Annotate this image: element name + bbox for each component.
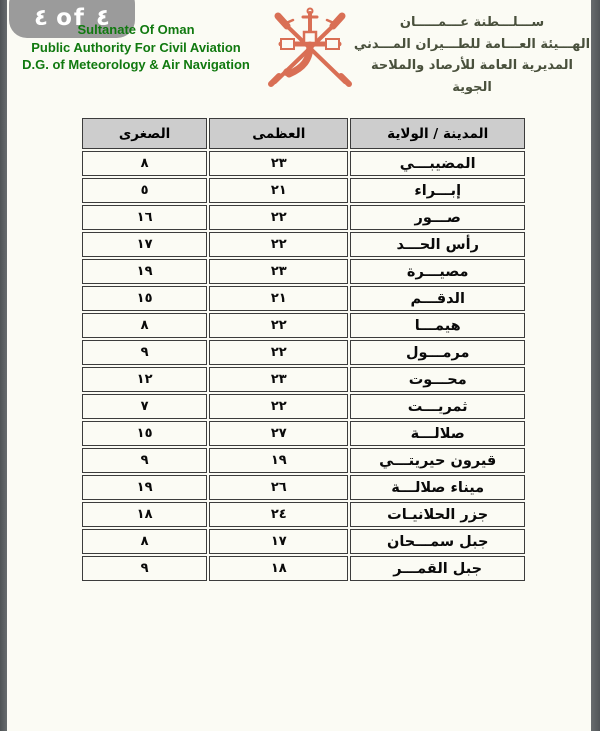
city-cell: صلالـــة	[350, 421, 525, 446]
city-cell: ميناء صلالـــة	[350, 475, 525, 500]
column-header-city: المدينة / الولاية	[350, 118, 525, 149]
temperature-table: المدينة / الولاية العظمى الصغرى المضيبــ…	[80, 116, 527, 583]
authority-name-english: Public Authority For Civil Aviation	[8, 39, 264, 57]
table-row: محـــوت٢٣١٢	[82, 367, 525, 392]
max-temp-cell: ٢٢	[209, 340, 348, 365]
min-temp-cell: ١٨	[82, 502, 207, 527]
max-temp-cell: ٢٢	[209, 394, 348, 419]
directorate-name-english: D.G. of Meteorology & Air Navigation	[8, 56, 264, 74]
table-row: جزر الحلانيـات٢٤١٨	[82, 502, 525, 527]
table-row: رأس الحـــد٢٢١٧	[82, 232, 525, 257]
city-cell: ثمريـــت	[350, 394, 525, 419]
min-temp-cell: ١٩	[82, 259, 207, 284]
min-temp-cell: ٨	[82, 151, 207, 176]
city-cell: المضيبـــي	[350, 151, 525, 176]
table-row: صـــور٢٢١٦	[82, 205, 525, 230]
city-cell: جبل القمـــر	[350, 556, 525, 581]
min-temp-cell: ٩	[82, 448, 207, 473]
max-temp-cell: ٢٢	[209, 232, 348, 257]
city-cell: مرمـــول	[350, 340, 525, 365]
table-row: المضيبـــي٢٣٨	[82, 151, 525, 176]
table-row: مرمـــول٢٢٩	[82, 340, 525, 365]
min-temp-cell: ٨	[82, 313, 207, 338]
city-cell: صـــور	[350, 205, 525, 230]
table-row: قيرون حيريتـــي١٩٩	[82, 448, 525, 473]
min-temp-cell: ١٢	[82, 367, 207, 392]
min-temp-cell: ٥	[82, 178, 207, 203]
min-temp-cell: ١٧	[82, 232, 207, 257]
min-temp-cell: ٨	[82, 529, 207, 554]
scan-edge-left	[0, 0, 7, 731]
header-arabic: ســـلـــطنة عـــمـــــان الهـــيئة العــ…	[350, 12, 594, 98]
directorate-name-arabic: المديرية العامة للأرصاد والملاحة الجوية	[350, 55, 594, 98]
org-name-english: Sultanate Of Oman	[8, 21, 264, 39]
max-temp-cell: ١٨	[209, 556, 348, 581]
min-temp-cell: ١٥	[82, 286, 207, 311]
table-row: جبل القمـــر١٨٩	[82, 556, 525, 581]
city-cell: جبل سمـــحان	[350, 529, 525, 554]
city-cell: الدقـــم	[350, 286, 525, 311]
max-temp-cell: ١٩	[209, 448, 348, 473]
column-header-min: الصغرى	[82, 118, 207, 149]
table-row: مصيـــرة٢٣١٩	[82, 259, 525, 284]
max-temp-cell: ٢٢	[209, 313, 348, 338]
table-row: ميناء صلالـــة٢٦١٩	[82, 475, 525, 500]
max-temp-cell: ٢٤	[209, 502, 348, 527]
max-temp-cell: ٢٣	[209, 259, 348, 284]
min-temp-cell: ٧	[82, 394, 207, 419]
max-temp-cell: ٢١	[209, 178, 348, 203]
min-temp-cell: ١٦	[82, 205, 207, 230]
max-temp-cell: ٢٧	[209, 421, 348, 446]
min-temp-cell: ٩	[82, 340, 207, 365]
min-temp-cell: ١٩	[82, 475, 207, 500]
table-row: إبـــراء٢١٥	[82, 178, 525, 203]
scan-edge-right	[591, 0, 600, 731]
max-temp-cell: ٢٢	[209, 205, 348, 230]
city-cell: مصيـــرة	[350, 259, 525, 284]
max-temp-cell: ١٧	[209, 529, 348, 554]
table-body: المضيبـــي٢٣٨إبـــراء٢١٥صـــور٢٢١٦رأس ال…	[82, 151, 525, 581]
table-row: جبل سمـــحان١٧٨	[82, 529, 525, 554]
org-name-arabic: ســـلـــطنة عـــمـــــان	[350, 12, 594, 34]
table-row: صلالـــة٢٧١٥	[82, 421, 525, 446]
header-english: Sultanate Of Oman Public Authority For C…	[8, 21, 264, 74]
max-temp-cell: ٢٣	[209, 367, 348, 392]
city-cell: قيرون حيريتـــي	[350, 448, 525, 473]
table-row: هيمـــا٢٢٨	[82, 313, 525, 338]
table-row: ثمريـــت٢٢٧	[82, 394, 525, 419]
max-temp-cell: ٢٦	[209, 475, 348, 500]
max-temp-cell: ٢٣	[209, 151, 348, 176]
oman-emblem-icon	[257, 5, 363, 95]
city-cell: هيمـــا	[350, 313, 525, 338]
city-cell: رأس الحـــد	[350, 232, 525, 257]
city-cell: إبـــراء	[350, 178, 525, 203]
min-temp-cell: ١٥	[82, 421, 207, 446]
min-temp-cell: ٩	[82, 556, 207, 581]
column-header-max: العظمى	[209, 118, 348, 149]
max-temp-cell: ٢١	[209, 286, 348, 311]
table-row: الدقـــم٢١١٥	[82, 286, 525, 311]
city-cell: محـــوت	[350, 367, 525, 392]
authority-name-arabic: الهـــيئة العـــامة للطـــيران المـــدني	[350, 34, 594, 56]
city-cell: جزر الحلانيـات	[350, 502, 525, 527]
table-header-row: المدينة / الولاية العظمى الصغرى	[82, 118, 525, 149]
